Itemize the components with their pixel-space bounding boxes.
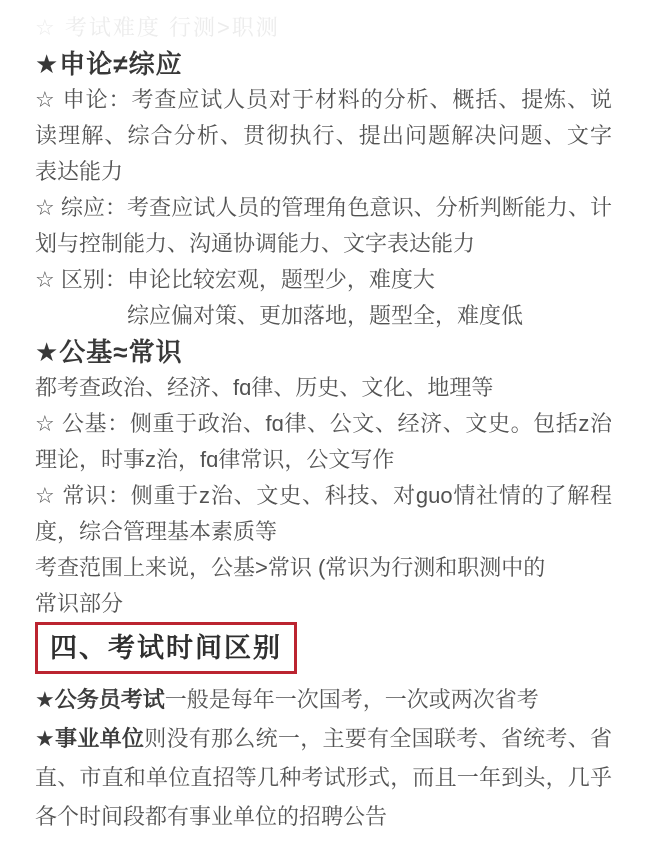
bottom-section-line-wrap: 直、市直和单位直招等几种考试形式，而且一年到头，几乎 [35, 758, 612, 797]
bold-line-segment: ★事业单位 [35, 726, 144, 751]
boxed-heading: 四、考试时间区别 [35, 622, 297, 674]
bottom-section-line-wrap: 各个时间段都有事业单位的招聘公告 [35, 797, 612, 836]
bottom-section-line-wrap: ★事业单位则没有那么统一，主要有全国联考、省统考、省 [35, 719, 612, 758]
text-line: 读理解、综合分析、贯彻执行、提出问题解决问题、文字 [35, 118, 612, 154]
line-segment: 一般是每年一次国考，一次或两次省考 [165, 687, 539, 712]
section-heading: ★公基≈常识 [35, 334, 612, 370]
text-line: 划与控制能力、沟通协调能力、文字表达能力 [35, 226, 612, 262]
notes-page: ☆ 考试难度 行测>职测 ★申论≠综应☆ 申论：考查应试人员对于材料的分析、概括… [0, 0, 645, 860]
text-line: 表达能力 [35, 154, 612, 190]
text-line: ★事业单位则没有那么统一，主要有全国联考、省统考、省 [35, 719, 612, 758]
line-segment: 则没有那么统一，主要有全国联考、省统考、省 [144, 726, 612, 751]
text-line: ☆ 常识：侧重于z治、文史、科技、对guo情社情的了解程 [35, 478, 612, 514]
text-line: 各个时间段都有事业单位的招聘公告 [35, 797, 612, 836]
watermark-text: ☆ 考试难度 行测>职测 [35, 10, 612, 46]
bold-line-segment: ★公务员考试 [35, 687, 165, 712]
text-line: ☆ 申论：考查应试人员对于材料的分析、概括、提炼、说 [35, 82, 612, 118]
text-line: ☆ 公基：侧重于政治、fɑ律、公文、经济、文史。包括z治 [35, 406, 612, 442]
section-heading: ★申论≠综应 [35, 46, 612, 82]
notes-content: ★申论≠综应☆ 申论：考查应试人员对于材料的分析、概括、提炼、说读理解、综合分析… [35, 46, 612, 836]
text-line: ☆ 区别：申论比较宏观，题型少，难度大 [35, 262, 612, 298]
text-line: ★公务员考试一般是每年一次国考，一次或两次省考 [35, 680, 612, 719]
boxed-heading-wrap: 四、考试时间区别 [35, 622, 612, 674]
text-line: ☆ 综应：考查应试人员的管理角色意识、分析判断能力、计 [35, 190, 612, 226]
text-line: 都考查政治、经济、fɑ律、历史、文化、地理等 [35, 370, 612, 406]
text-line: 理论，时事z治，fɑ律常识，公文写作 [35, 442, 612, 478]
text-line: 度，综合管理基本素质等 [35, 514, 612, 550]
text-line: 直、市直和单位直招等几种考试形式，而且一年到头，几乎 [35, 758, 612, 797]
bottom-section-line-wrap: ★公务员考试一般是每年一次国考，一次或两次省考 [35, 680, 612, 719]
text-line: 综应偏对策、更加落地，题型全，难度低 [35, 298, 612, 334]
text-line: 常识部分 [35, 586, 612, 622]
text-line: 考查范围上来说，公基>常识 (常识为行测和职测中的 [35, 550, 612, 586]
